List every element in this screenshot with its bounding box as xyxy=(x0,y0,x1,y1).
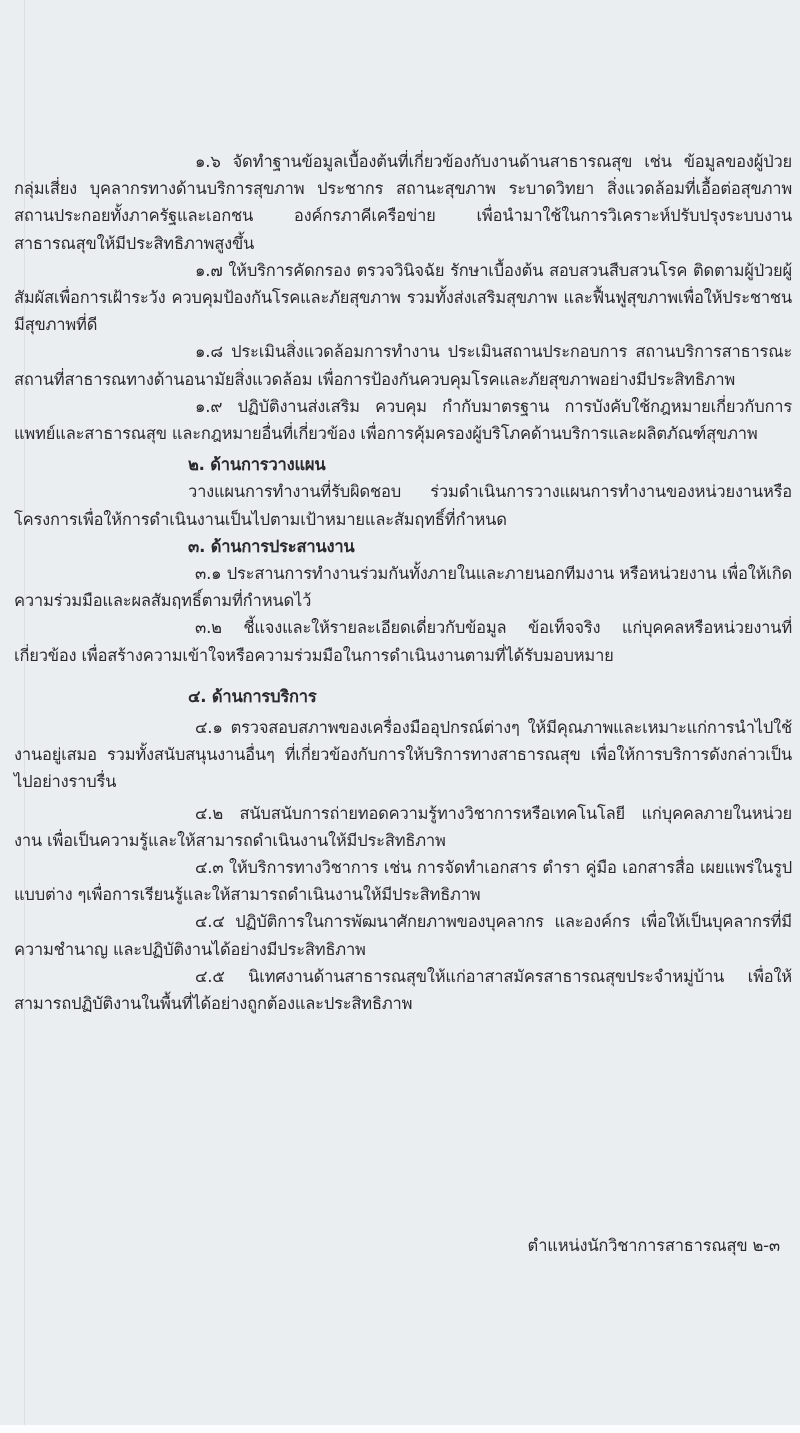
section-heading-planning: ๒. ด้านการวางแผน xyxy=(14,451,792,478)
item-4-1: ๔.๑ ตรวจสอบสภาพของเครื่องมืออุปกรณ์ต่างๆ… xyxy=(14,714,792,796)
section-heading-service: ๔. ด้านการบริการ xyxy=(14,683,792,710)
item-3-1: ๓.๑ ประสานการทำงานร่วมกันทั้งภายในและภาย… xyxy=(14,560,792,614)
document-page: ๑.๖ จัดทำฐานข้อมูลเบื้องต้นที่เกี่ยวข้อง… xyxy=(14,148,792,1017)
item-4-3: ๔.๓ ให้บริการทางวิชาการ เช่น การจัดทำเอก… xyxy=(14,854,792,908)
item-4-5: ๔.๕ นิเทศงานด้านสาธารณสุขให้แก่อาสาสมัคร… xyxy=(14,963,792,1017)
spacer xyxy=(14,669,792,683)
item-1-6: ๑.๖ จัดทำฐานข้อมูลเบื้องต้นที่เกี่ยวข้อง… xyxy=(14,148,792,257)
item-4-4: ๔.๔ ปฏิบัติการในการพัฒนาศักยภาพของบุคลาก… xyxy=(14,908,792,962)
item-1-9: ๑.๙ ปฏิบัติงานส่งเสริม ควบคุม กำกับมาตรฐ… xyxy=(14,393,792,447)
item-3-2: ๓.๒ ชี้แจงและให้รายละเอียดเดี่ยวกับข้อมู… xyxy=(14,614,792,668)
page-bottom-edge xyxy=(0,1425,800,1433)
position-title-footer: ตำแหน่งนักวิชาการสาธารณสุข ๒-๓ xyxy=(528,1232,781,1259)
item-1-8: ๑.๘ ประเมินสิ่งแวดล้อมการทำงาน ประเมินสถ… xyxy=(14,338,792,392)
section-2-body: วางแผนการทำงานที่รับผิดชอบ ร่วมดำเนินการ… xyxy=(14,478,792,532)
section-heading-coordination: ๓. ด้านการประสานงาน xyxy=(14,533,792,560)
item-1-7: ๑.๗ ให้บริการคัดกรอง ตรวจวินิจฉัย รักษาเ… xyxy=(14,257,792,339)
item-4-2: ๔.๒ สนับสนับการถ่ายทอดความรู้ทางวิชาการห… xyxy=(14,800,792,854)
